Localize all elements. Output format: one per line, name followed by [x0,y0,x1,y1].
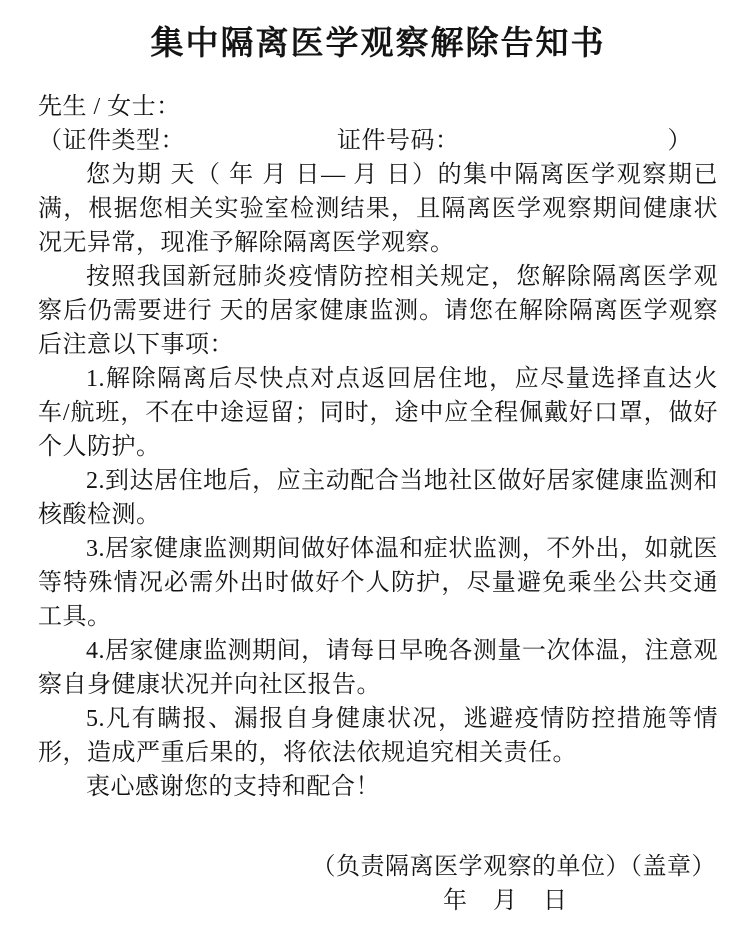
signature-date-line: 年 月 日 [38,884,718,918]
document-page: 集中隔离医学观察解除告知书 先生 / 女士： （证件类型： 证件号码： ） 您为… [0,0,752,928]
thanks-line: 衷心感谢您的支持和配合！ [38,770,718,804]
id-number-label: 证件号码： [337,124,460,158]
id-line: （证件类型： 证件号码： ） [38,124,718,158]
salutation-line: 先生 / 女士： [38,90,718,124]
notice-item-4: 4.居家健康监测期间，请每日早晚各测量一次体温，注意观察自身健康状况并向社区报告… [38,634,718,702]
id-type-label: （证件类型： [38,124,185,158]
document-body: 先生 / 女士： （证件类型： 证件号码： ） 您为期 天（ 年 月 日— 月 … [38,90,718,918]
notice-item-3: 3.居家健康监测期间做好体温和症状监测，不外出，如就医等特殊情况必需外出时做好个… [38,532,718,634]
policy-paragraph: 按照我国新冠肺炎疫情防控相关规定，您解除隔离医学观察后仍需要进行 天的居家健康监… [38,260,718,362]
signature-block: （负责隔离医学观察的单位）（盖章） 年 月 日 [38,850,718,918]
intro-paragraph: 您为期 天（ 年 月 日— 月 日）的集中隔离医学观察期已满，根据您相关实验室检… [38,158,718,260]
id-line-close-paren: ） [668,124,693,158]
notice-item-1: 1.解除隔离后尽快点对点返回居住地，应尽量选择直达火车/航班，不在中途逗留；同时… [38,362,718,464]
signature-unit-line: （负责隔离医学观察的单位）（盖章） [38,850,718,884]
notice-item-2: 2.到达居住地后，应主动配合当地社区做好居家健康监测和核酸检测。 [38,464,718,532]
notice-item-5: 5.凡有瞒报、漏报自身健康状况，逃避疫情防控措施等情形，造成严重后果的，将依法依… [38,702,718,770]
document-title: 集中隔离医学观察解除告知书 [38,22,718,66]
